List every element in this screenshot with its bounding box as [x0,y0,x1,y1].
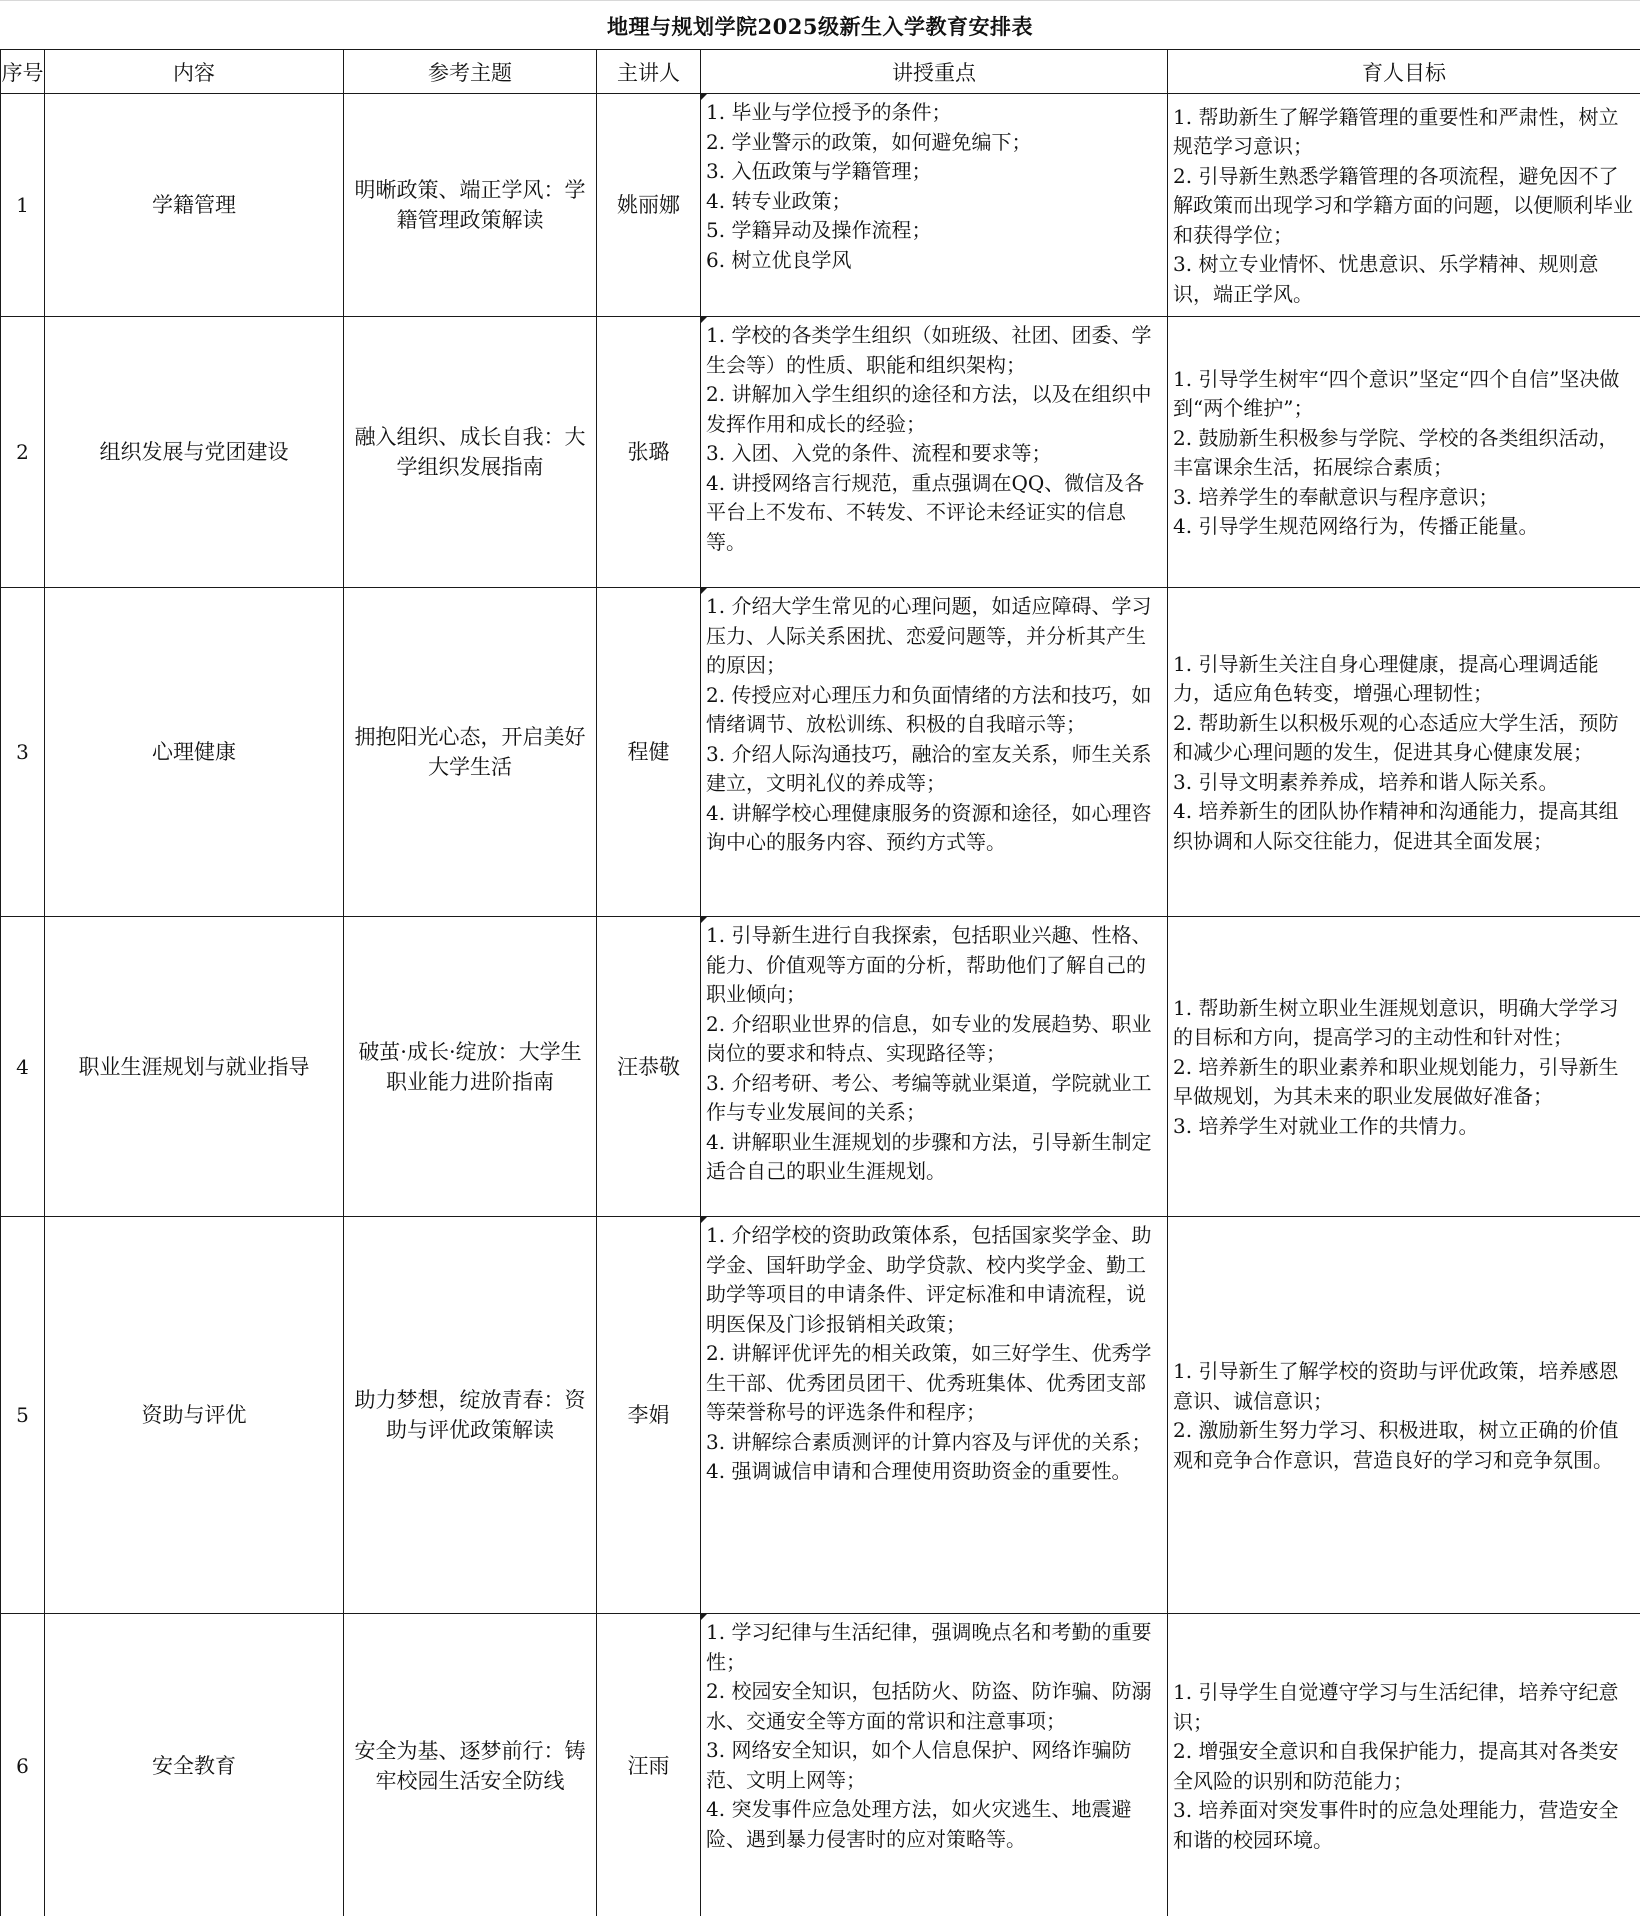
cell-topic[interactable]: 安全为基、逐梦前行：铸牢校园生活安全防线 [344,1614,597,1916]
focus-item: 2. 讲解加入学生组织的途径和方法，以及在组织中发挥作用和成长的经验； [706,380,1163,439]
cell-topic[interactable]: 拥抱阳光心态，开启美好大学生活 [344,588,597,917]
focus-item: 3. 介绍考研、考公、考编等就业渠道，学院就业工作与专业发展间的关系； [706,1069,1163,1128]
focus-item: 1. 学习纪律与生活纪律，强调晚点名和考勤的重要性； [706,1618,1163,1677]
cell-speaker[interactable]: 汪雨 [597,1614,701,1916]
schedule-sheet: 地理与规划学院2025级新生入学教育安排表 序号 内容 参考主题 主讲人 讲授重… [0,0,1640,1916]
goal-item: 1. 引导学生树牢“四个意识”坚定“四个自信”坚决做到“两个维护”； [1173,365,1636,424]
cell-focus[interactable]: 1. 学习纪律与生活纪律，强调晚点名和考勤的重要性；2. 校园安全知识，包括防火… [701,1614,1168,1916]
cell-focus[interactable]: 1. 介绍学校的资助政策体系，包括国家奖学金、助学金、国轩助学金、助学贷款、校内… [701,1217,1168,1614]
focus-item: 4. 讲解职业生涯规划的步骤和方法，引导新生制定适合自己的职业生涯规划。 [706,1128,1163,1187]
cell-focus[interactable]: 1. 毕业与学位授予的条件；2. 学业警示的政策，如何避免编下；3. 入伍政策与… [701,94,1168,317]
header-focus[interactable]: 讲授重点 [701,50,1168,94]
focus-item: 2. 学业警示的政策，如何避免编下； [706,128,1163,158]
header-content[interactable]: 内容 [45,50,344,94]
cell-seq[interactable]: 2 [1,317,45,588]
cell-speaker[interactable]: 李娟 [597,1217,701,1614]
focus-item: 1. 介绍学校的资助政策体系，包括国家奖学金、助学金、国轩助学金、助学贷款、校内… [706,1221,1163,1339]
cell-topic[interactable]: 融入组织、成长自我：大学组织发展指南 [344,317,597,588]
focus-item: 1. 学校的各类学生组织（如班级、社团、团委、学生会等）的性质、职能和组织架构； [706,321,1163,380]
goal-item: 1. 帮助新生了解学籍管理的重要性和严肃性，树立规范学习意识； [1173,103,1636,162]
cell-focus[interactable]: 1. 学校的各类学生组织（如班级、社团、团委、学生会等）的性质、职能和组织架构；… [701,317,1168,588]
cell-focus[interactable]: 1. 介绍大学生常见的心理问题，如适应障碍、学习压力、人际关系困扰、恋爱问题等，… [701,588,1168,917]
focus-item: 4. 讲授网络言行规范，重点强调在QQ、微信及各平台上不发布、不转发、不评论未经… [706,469,1163,558]
cell-speaker[interactable]: 姚丽娜 [597,94,701,317]
cell-content[interactable]: 资助与评优 [45,1217,344,1614]
table-row: 5 资助与评优 助力梦想，绽放青春：资助与评优政策解读 李娟 1. 介绍学校的资… [1,1217,1640,1614]
cell-topic[interactable]: 助力梦想，绽放青春：资助与评优政策解读 [344,1217,597,1614]
goal-item: 2. 鼓励新生积极参与学院、学校的各类组织活动，丰富课余生活，拓展综合素质； [1173,424,1636,483]
cell-topic[interactable]: 明晰政策、端正学风：学籍管理政策解读 [344,94,597,317]
focus-item: 6. 树立优良学风 [706,246,1163,276]
goal-item: 3. 培养学生的奉献意识与程序意识； [1173,483,1636,513]
cell-goals[interactable]: 1. 帮助新生了解学籍管理的重要性和严肃性，树立规范学习意识；2. 引导新生熟悉… [1168,94,1640,317]
goal-item: 2. 引导新生熟悉学籍管理的各项流程，避免因不了解政策而出现学习和学籍方面的问题… [1173,162,1636,251]
focus-item: 2. 传授应对心理压力和负面情绪的方法和技巧，如情绪调节、放松训练、积极的自我暗… [706,681,1163,740]
cell-content[interactable]: 心理健康 [45,588,344,917]
focus-item: 1. 毕业与学位授予的条件； [706,98,1163,128]
header-goals[interactable]: 育人目标 [1168,50,1640,94]
table-row: 4 职业生涯规划与就业指导 破茧·成长·绽放：大学生职业能力进阶指南 汪恭敬 1… [1,917,1640,1217]
cell-seq[interactable]: 6 [1,1614,45,1916]
cell-goals[interactable]: 1. 帮助新生树立职业生涯规划意识，明确大学学习的目标和方向，提高学习的主动性和… [1168,917,1640,1217]
goal-item: 3. 培养面对突发事件时的应急处理能力，营造安全和谐的校园环境。 [1173,1796,1636,1855]
goal-item: 3. 引导文明素养养成，培养和谐人际关系。 [1173,768,1636,798]
cell-speaker[interactable]: 张璐 [597,317,701,588]
cell-goals[interactable]: 1. 引导新生关注自身心理健康，提高心理调适能力，适应角色转变，增强心理韧性；2… [1168,588,1640,917]
focus-item: 2. 校园安全知识，包括防火、防盗、防诈骗、防溺水、交通安全等方面的常识和注意事… [706,1677,1163,1736]
table-row: 6 安全教育 安全为基、逐梦前行：铸牢校园生活安全防线 汪雨 1. 学习纪律与生… [1,1614,1640,1916]
cell-content[interactable]: 组织发展与党团建设 [45,317,344,588]
goal-item: 1. 引导新生了解学校的资助与评优政策，培养感恩意识、诚信意识； [1173,1357,1636,1416]
goal-item: 3. 培养学生对就业工作的共情力。 [1173,1112,1636,1142]
header-topic[interactable]: 参考主题 [344,50,597,94]
focus-item: 4. 转专业政策； [706,187,1163,217]
goal-item: 4. 引导学生规范网络行为，传播正能量。 [1173,512,1636,542]
focus-item: 4. 讲解学校心理健康服务的资源和途径，如心理咨询中心的服务内容、预约方式等。 [706,799,1163,858]
header-speaker[interactable]: 主讲人 [597,50,701,94]
focus-item: 3. 入团、入党的条件、流程和要求等； [706,439,1163,469]
cell-speaker[interactable]: 汪恭敬 [597,917,701,1217]
goal-item: 4. 培养新生的团队协作精神和沟通能力，提高其组织协调和人际交往能力，促进其全面… [1173,797,1636,856]
focus-item: 2. 讲解评优评先的相关政策，如三好学生、优秀学生干部、优秀团员团干、优秀班集体… [706,1339,1163,1428]
goal-item: 2. 增强安全意识和自我保护能力，提高其对各类安全风险的识别和防范能力； [1173,1737,1636,1796]
focus-item: 3. 网络安全知识，如个人信息保护、网络诈骗防范、文明上网等； [706,1736,1163,1795]
focus-item: 3. 介绍人际沟通技巧，融洽的室友关系，师生关系建立，文明礼仪的养成等； [706,740,1163,799]
header-row: 序号 内容 参考主题 主讲人 讲授重点 育人目标 [1,50,1640,94]
goal-item: 1. 引导学生自觉遵守学习与生活纪律，培养守纪意识； [1173,1678,1636,1737]
focus-item: 4. 突发事件应急处理方法，如火灾逃生、地震避险、遇到暴力侵害时的应对策略等。 [706,1795,1163,1854]
cell-focus[interactable]: 1. 引导新生进行自我探索，包括职业兴趣、性格、能力、价值观等方面的分析，帮助他… [701,917,1168,1217]
cell-goals[interactable]: 1. 引导学生树牢“四个意识”坚定“四个自信”坚决做到“两个维护”；2. 鼓励新… [1168,317,1640,588]
cell-seq[interactable]: 5 [1,1217,45,1614]
focus-item: 5. 学籍异动及操作流程； [706,216,1163,246]
cell-goals[interactable]: 1. 引导学生自觉遵守学习与生活纪律，培养守纪意识；2. 增强安全意识和自我保护… [1168,1614,1640,1916]
cell-content[interactable]: 安全教育 [45,1614,344,1916]
focus-item: 4. 强调诚信申请和合理使用资助资金的重要性。 [706,1457,1163,1487]
cell-seq[interactable]: 3 [1,588,45,917]
header-seq[interactable]: 序号 [1,50,45,94]
focus-item: 2. 介绍职业世界的信息，如专业的发展趋势、职业岗位的要求和特点、实现路径等； [706,1010,1163,1069]
table-row: 1 学籍管理 明晰政策、端正学风：学籍管理政策解读 姚丽娜 1. 毕业与学位授予… [1,94,1640,317]
goal-item: 2. 帮助新生以积极乐观的心态适应大学生活，预防和减少心理问题的发生，促进其身心… [1173,709,1636,768]
sheet-title: 地理与规划学院2025级新生入学教育安排表 [0,0,1640,49]
focus-item: 3. 讲解综合素质测评的计算内容及与评优的关系； [706,1428,1163,1458]
goal-item: 1. 帮助新生树立职业生涯规划意识，明确大学学习的目标和方向，提高学习的主动性和… [1173,994,1636,1053]
focus-item: 3. 入伍政策与学籍管理； [706,157,1163,187]
cell-seq[interactable]: 1 [1,94,45,317]
goal-item: 3. 树立专业情怀、忧患意识、乐学精神、规则意识，端正学风。 [1173,250,1636,309]
goal-item: 2. 激励新生努力学习、积极进取，树立正确的价值观和竞争合作意识，营造良好的学习… [1173,1416,1636,1475]
cell-topic[interactable]: 破茧·成长·绽放：大学生职业能力进阶指南 [344,917,597,1217]
table-row: 3 心理健康 拥抱阳光心态，开启美好大学生活 程健 1. 介绍大学生常见的心理问… [1,588,1640,917]
focus-item: 1. 引导新生进行自我探索，包括职业兴趣、性格、能力、价值观等方面的分析，帮助他… [706,921,1163,1010]
goal-item: 1. 引导新生关注自身心理健康，提高心理调适能力，适应角色转变，增强心理韧性； [1173,650,1636,709]
cell-speaker[interactable]: 程健 [597,588,701,917]
goal-item: 2. 培养新生的职业素养和职业规划能力，引导新生早做规划，为其未来的职业发展做好… [1173,1053,1636,1112]
cell-goals[interactable]: 1. 引导新生了解学校的资助与评优政策，培养感恩意识、诚信意识；2. 激励新生努… [1168,1217,1640,1614]
cell-content[interactable]: 学籍管理 [45,94,344,317]
table-row: 2 组织发展与党团建设 融入组织、成长自我：大学组织发展指南 张璐 1. 学校的… [1,317,1640,588]
schedule-table: 序号 内容 参考主题 主讲人 讲授重点 育人目标 1 学籍管理 明晰政策、端正学… [0,49,1640,1916]
cell-content[interactable]: 职业生涯规划与就业指导 [45,917,344,1217]
focus-item: 1. 介绍大学生常见的心理问题，如适应障碍、学习压力、人际关系困扰、恋爱问题等，… [706,592,1163,681]
cell-seq[interactable]: 4 [1,917,45,1217]
